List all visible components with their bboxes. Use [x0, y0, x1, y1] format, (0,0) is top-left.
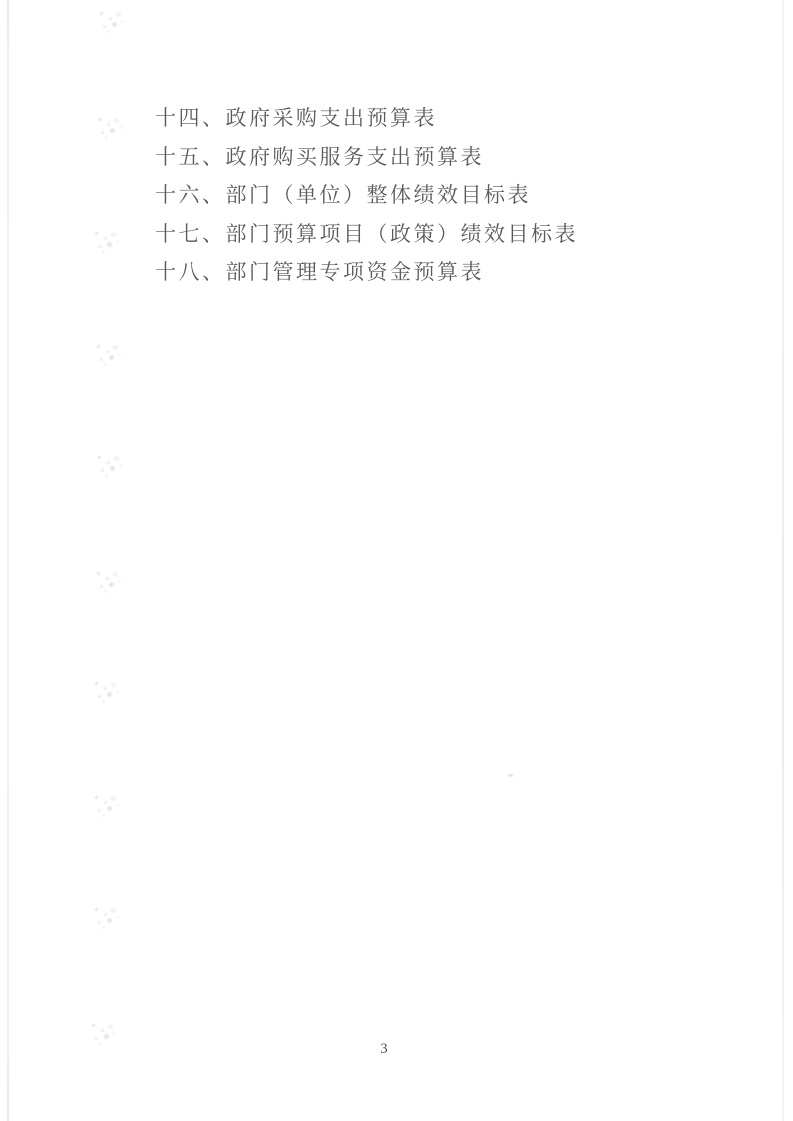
page-number: 3: [369, 1041, 399, 1058]
scan-smudge: [95, 682, 98, 685]
page-edge-right: [782, 0, 784, 1121]
scan-smudge: [98, 118, 101, 121]
list-item-16: 十六、部门（单位）整体绩效目标表: [155, 176, 578, 215]
scan-smudge: [100, 12, 103, 15]
scan-smudge: [98, 456, 101, 459]
list-item-18: 十八、部门管理专项资金预算表: [155, 253, 578, 292]
list-item-14: 十四、政府采购支出预算表: [155, 99, 578, 138]
scan-smudge: [97, 345, 100, 348]
scan-smudge: [92, 1024, 95, 1027]
page-edge-left: [7, 0, 9, 1121]
list-item-15: 十五、政府购买服务支出预算表: [155, 138, 578, 177]
scan-smudge: [95, 232, 98, 235]
scanned-document-page: 十四、政府采购支出预算表 十五、政府购买服务支出预算表 十六、部门（单位）整体绩…: [0, 0, 793, 1121]
scan-speck: [508, 774, 513, 777]
scan-smudge: [97, 572, 100, 575]
attachment-list: 十四、政府采购支出预算表 十五、政府购买服务支出预算表 十六、部门（单位）整体绩…: [155, 99, 578, 292]
scan-smudge: [95, 796, 98, 799]
list-item-17: 十七、部门预算项目（政策）绩效目标表: [155, 215, 578, 254]
scan-smudge: [95, 908, 98, 911]
